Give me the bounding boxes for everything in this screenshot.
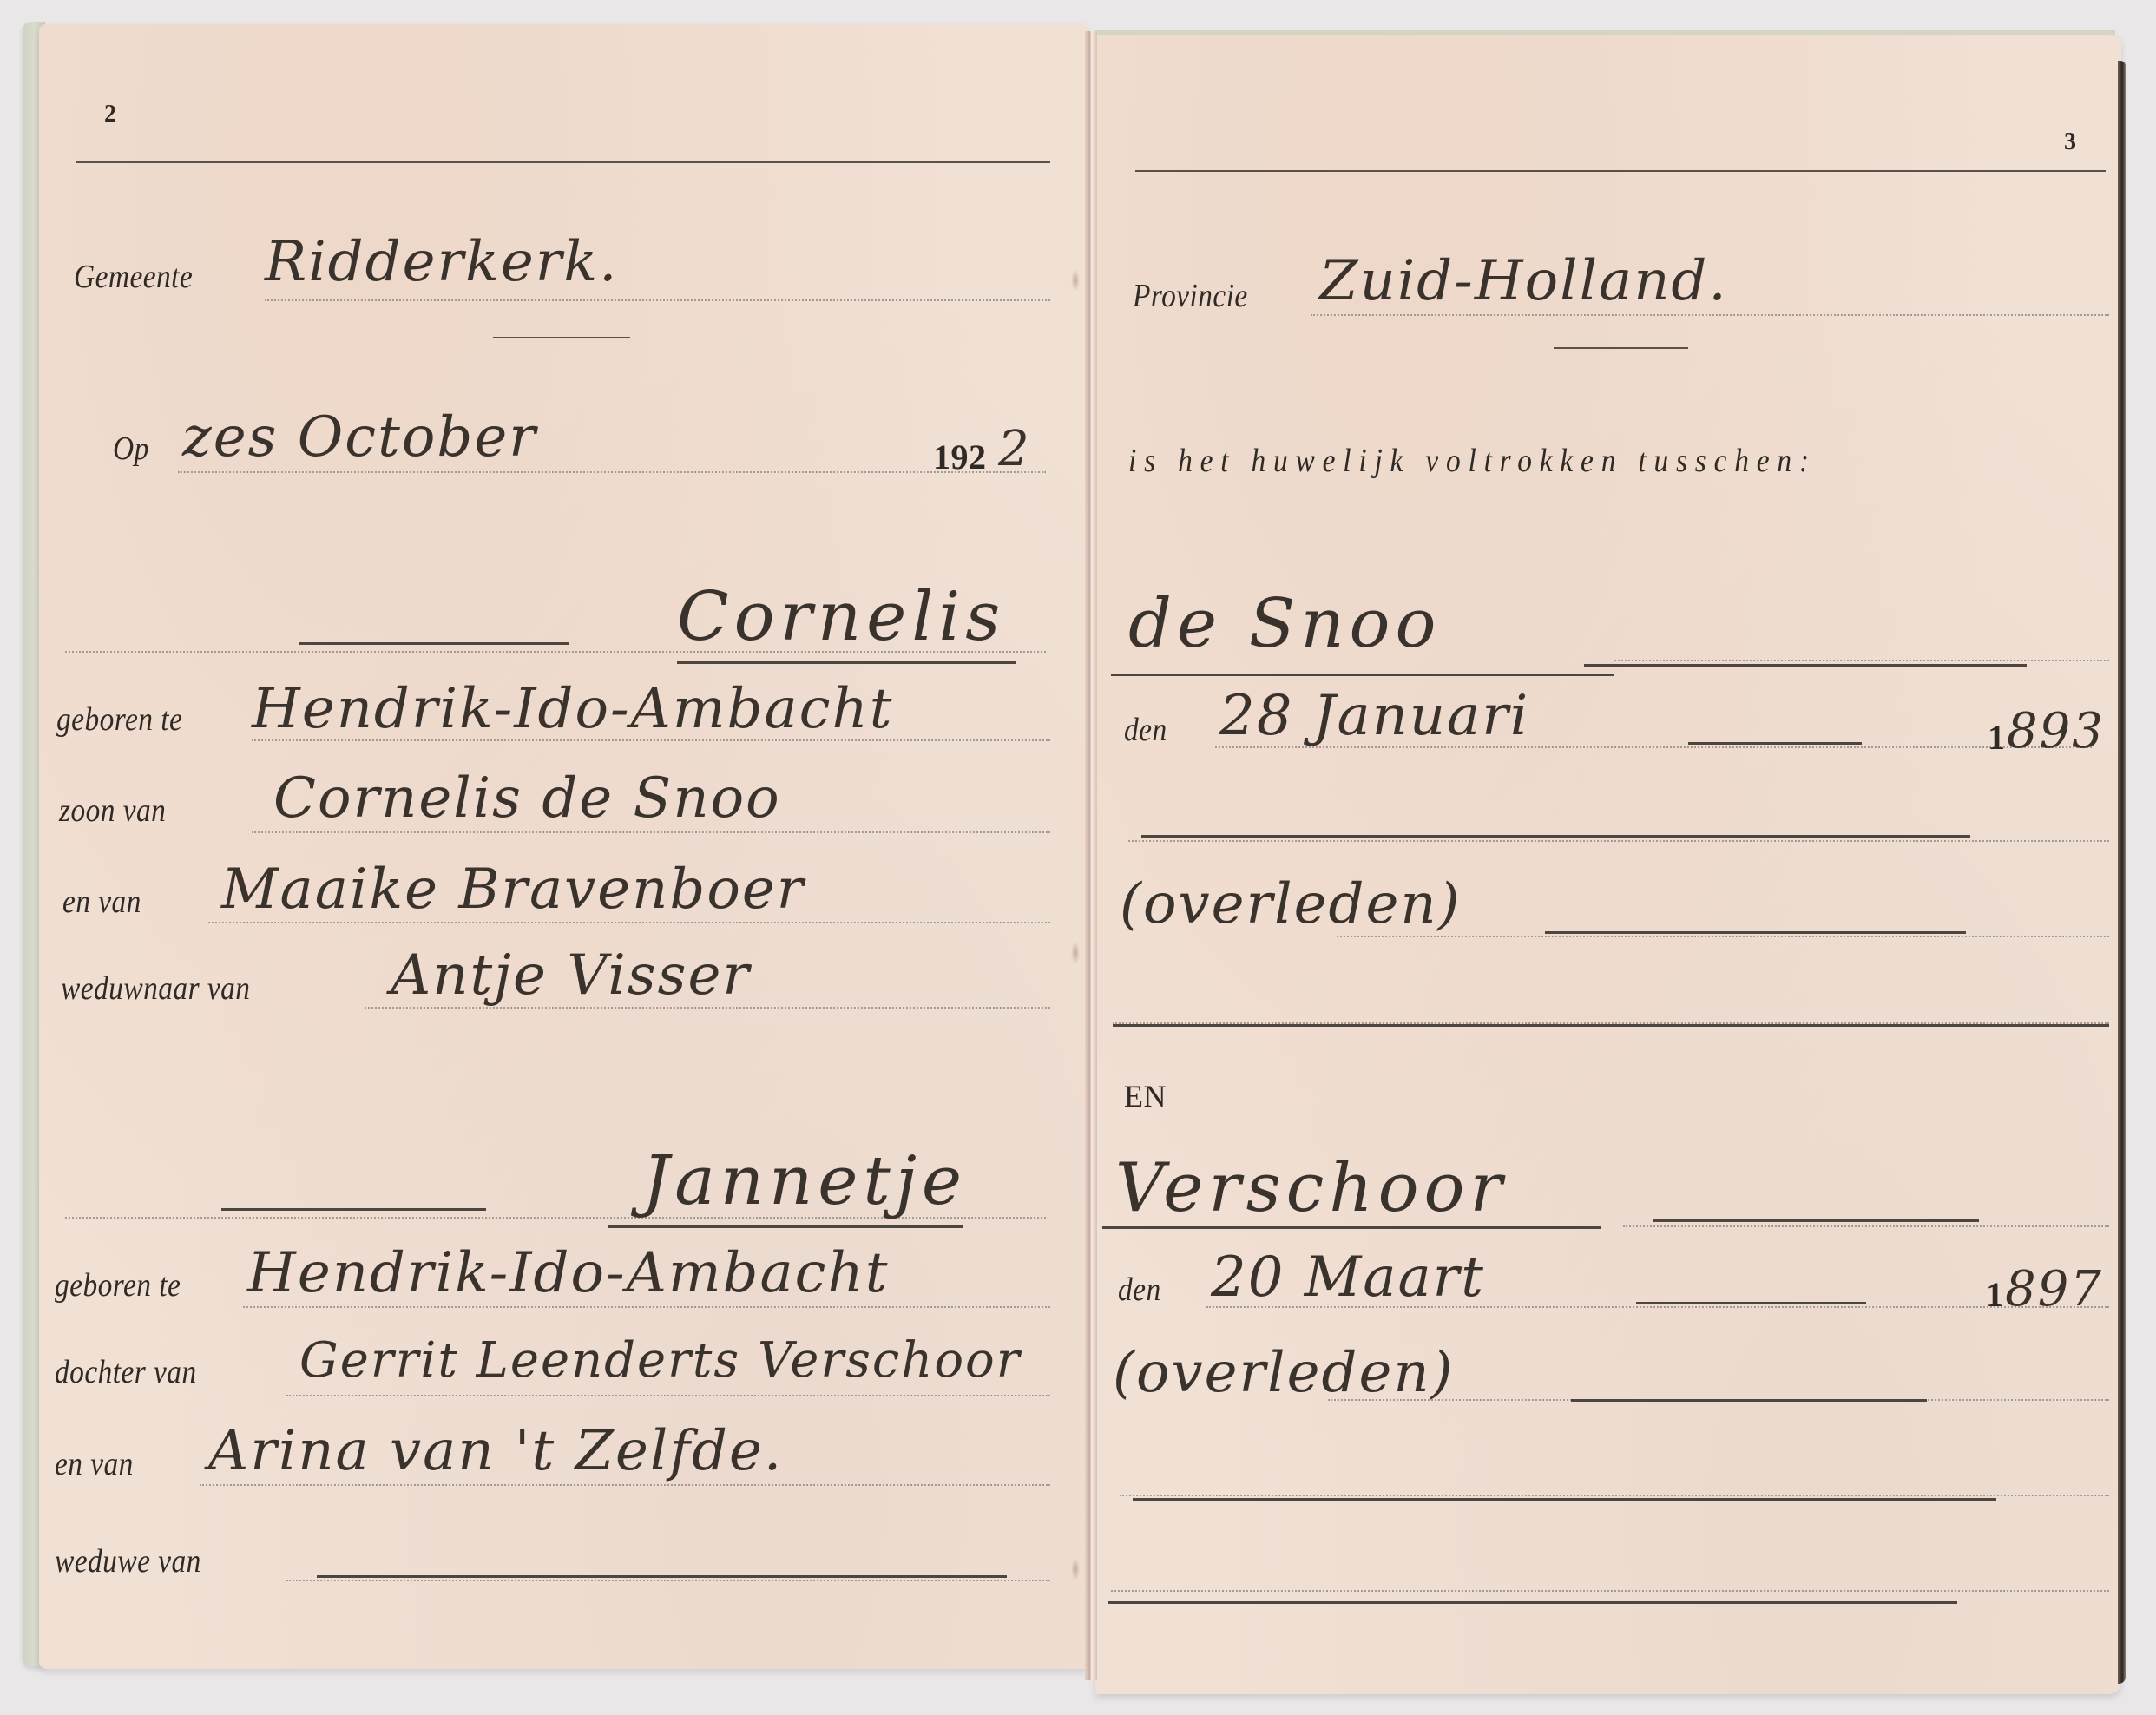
groom-birth-date-dotted-line [1215, 746, 2092, 748]
gemeente-dotted-line [265, 299, 1050, 301]
bride-birth-date-dotted-line [1206, 1306, 2109, 1308]
year-printed: 192 [933, 440, 987, 475]
binding-stitch [1071, 1558, 1080, 1580]
provincie-label: Provincie [1133, 279, 1248, 312]
groom-name-rule [299, 642, 569, 645]
groom-birth-date-rule [1688, 742, 1862, 745]
header-rule-right [1135, 170, 2106, 172]
groom-first-name: Cornelis [677, 583, 1005, 651]
bride-surname-rule [1653, 1219, 1979, 1222]
groom-former-spouse: Antje Visser [391, 948, 751, 1003]
bride-birth-date-label: den [1118, 1273, 1161, 1306]
groom-son-of-label: zoon van [59, 794, 166, 827]
provincie-dotted-line [1311, 314, 2109, 316]
bride-and-of-label: en van [55, 1448, 134, 1481]
bride-mother-dotted-line [200, 1484, 1050, 1486]
bride-birth-date: 20 Maart [1211, 1250, 1485, 1305]
groom-birth-date-label: den [1124, 713, 1167, 746]
groom-surname-dotted-line [1614, 660, 2109, 661]
groom-father-dotted-line [252, 831, 1050, 833]
bride-surname: Verschoor [1115, 1154, 1508, 1222]
section-divider [493, 337, 630, 338]
groom-parents-note-rule [1545, 931, 1966, 934]
groom-surname-underline [1111, 674, 1614, 676]
groom-parents-note: (overleden) [1120, 877, 1462, 932]
groom-birth-date: 28 Januari [1219, 688, 1529, 744]
groom-birth-year-printed: 1 [1988, 720, 2006, 755]
bride-extra-dotted-line [1120, 1495, 2109, 1496]
groom-mother: Maaike Bravenboer [221, 862, 805, 917]
bride-mother: Arina van 't Zelfde. [208, 1423, 783, 1479]
groom-mother-dotted-line [208, 922, 1050, 923]
bride-parents-note: (overleden) [1113, 1345, 1455, 1401]
groom-first-name-underline [677, 661, 1016, 664]
date-dotted-line [178, 471, 1046, 473]
and-label: EN [1124, 1081, 1167, 1112]
bride-birth-year-printed: 1 [1986, 1278, 2004, 1312]
bride-parents-note-rule [1571, 1399, 1927, 1402]
groom-born-dotted-line [252, 739, 1050, 741]
groom-extra-dotted-line [1128, 840, 2109, 842]
groom-birth-year-handwritten: 893 [2007, 707, 2105, 756]
groom-born-place: Hendrik-Ido-Ambacht [252, 681, 893, 737]
header-rule-left [76, 161, 1050, 163]
bride-widow-of-label: weduwe van [55, 1545, 201, 1578]
bride-birth-year-handwritten: 897 [2005, 1265, 2103, 1314]
groom-section-end-rule [1113, 1024, 2109, 1027]
bride-section-end-rule [1108, 1601, 1957, 1604]
marriage-statement: is het huwelijk voltrokken tusschen: [1128, 444, 1817, 477]
bride-birth-date-rule [1636, 1302, 1866, 1304]
bride-born-label: geboren te [55, 1269, 181, 1302]
gemeente-value: Ridderkerk. [265, 234, 618, 290]
bride-surname-dotted-line [1623, 1225, 2109, 1227]
binding-stitch [1071, 942, 1080, 964]
groom-surname: de Snoo [1128, 590, 1441, 658]
binding-stitch [1071, 269, 1080, 292]
bride-former-spouse-dotted-line [286, 1580, 1050, 1581]
bride-first-name-underline [608, 1225, 963, 1228]
groom-widower-of-label: weduwnaar van [61, 972, 250, 1005]
bride-father: Gerrit Leenderts Verschoor [299, 1337, 1022, 1385]
provincie-value: Zuid-Holland. [1319, 253, 1728, 309]
marriage-date: zes October [182, 410, 537, 465]
groom-surname-rule [1584, 664, 2027, 667]
groom-father: Cornelis de Snoo [273, 771, 781, 826]
groom-and-of-label: en van [62, 885, 141, 918]
bride-born-dotted-line [243, 1306, 1050, 1308]
bride-first-name: Jannetje [642, 1147, 967, 1215]
date-label: Op [113, 432, 149, 465]
gemeente-label: Gemeente [74, 260, 193, 293]
page-number-left: 2 [104, 102, 116, 127]
bride-daughter-of-label: dochter van [55, 1356, 197, 1389]
bride-extra-rule [1133, 1498, 1996, 1501]
groom-former-spouse-dotted-line [365, 1007, 1050, 1009]
book-cover-edge-right [2118, 61, 2126, 1684]
bride-surname-underline [1102, 1226, 1601, 1229]
bride-former-spouse-rule [317, 1575, 1007, 1578]
bride-father-dotted-line [286, 1395, 1050, 1396]
section-divider-right [1554, 347, 1688, 349]
year-handwritten: 2 [998, 425, 1031, 474]
book-spine [1085, 31, 1097, 1680]
page-number-right: 3 [2064, 130, 2076, 154]
bride-born-place: Hendrik-Ido-Ambacht [247, 1245, 889, 1301]
groom-extra-rule [1141, 835, 1970, 838]
bride-section-end-dotted-line [1111, 1590, 2109, 1592]
groom-born-label: geboren te [56, 703, 182, 736]
groom-parents-note-dotted-line [1337, 936, 2109, 937]
bride-name-rule [221, 1208, 486, 1211]
